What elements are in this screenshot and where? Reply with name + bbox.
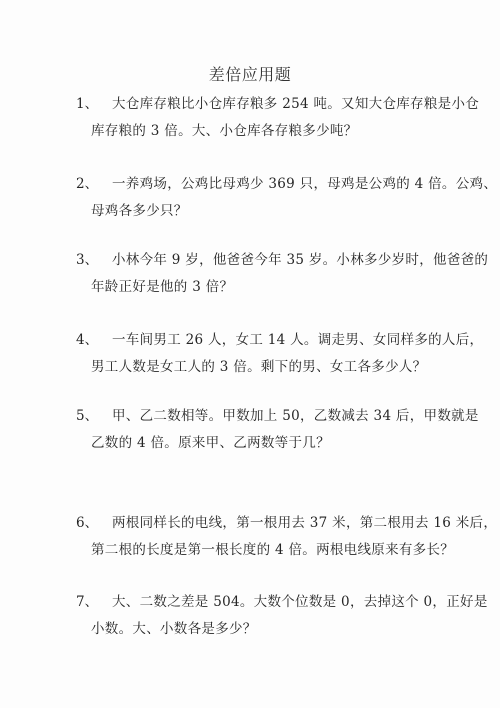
- question-text-line2: 第二根的长度是第一根长度的 4 倍。两根电线原来有多长？: [91, 538, 454, 558]
- page-title: 差倍应用题: [0, 62, 500, 85]
- question-number: 4、: [76, 328, 98, 348]
- question-number: 1、: [76, 92, 98, 112]
- question-text-line2: 男工人数是女工人的 3 倍。剩下的男、女工各多少人？: [91, 355, 426, 375]
- question-text-line2: 库存粮的 3 倍。大、小仓库各存粮多少吨？: [91, 119, 357, 139]
- question-text-line1: 一车间男工 26 人，女工 14 人。调走男、女同样多的人后，: [112, 328, 483, 348]
- question-number: 7、: [76, 590, 98, 610]
- question-number: 3、: [76, 248, 98, 268]
- question-text-line2: 年龄正好是他的 3 倍？: [91, 275, 233, 295]
- question-number: 2、: [76, 172, 98, 192]
- question-text-line2: 小数。大、小数各是多少？: [91, 617, 257, 637]
- question-text-line1: 大、二数之差是 504。大数个位数是 0，去掉这个 0，正好是: [112, 590, 488, 610]
- question-text-line1: 小林今年 9 岁，他爸爸今年 35 岁。小林多少岁时，他爸爸的: [112, 248, 488, 268]
- question-text-line2: 乙数的 4 倍。原来甲、乙两数等于几？: [91, 431, 330, 451]
- question-number: 6、: [76, 511, 98, 531]
- question-text-line1: 两根同样长的电线，第一根用去 37 米，第二根用去 16 米后，: [112, 511, 497, 531]
- question-text-line1: 甲、乙二数相等。甲数加上 50，乙数减去 34 后，甲数就是: [112, 404, 479, 424]
- question-text-line1: 大仓库存粮比小仓库存粮多 254 吨。又知大仓库存粮是小仓: [112, 92, 479, 112]
- question-text-line1: 一养鸡场，公鸡比母鸡少 369 只，母鸡是公鸡的 4 倍。公鸡、: [112, 172, 497, 192]
- question-number: 5、: [76, 404, 98, 424]
- question-text-line2: 母鸡各多少只？: [91, 199, 188, 219]
